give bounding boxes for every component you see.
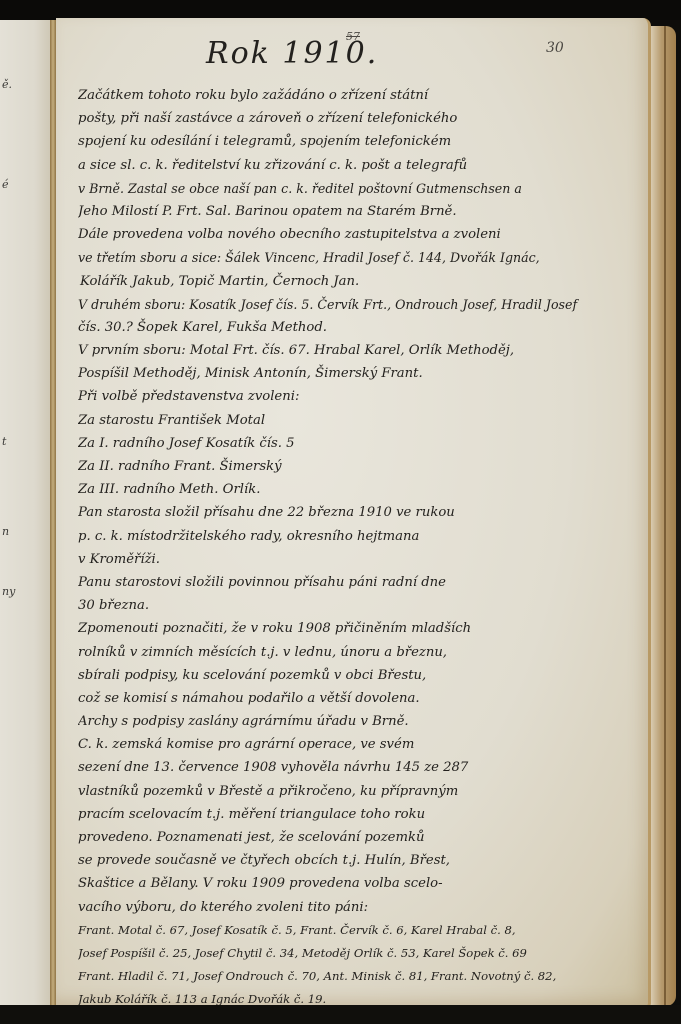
text-line: pošty, při naší zastávce a zároveň o zří… bbox=[78, 107, 638, 130]
background-top bbox=[0, 0, 681, 20]
text-line: Začátkem tohoto roku bylo zažádáno o zří… bbox=[78, 84, 638, 107]
text-line: p. c. k. místodržitelského rady, okresní… bbox=[78, 525, 638, 548]
left-page-fragment: é bbox=[2, 178, 9, 191]
text-line: se provede současně ve čtyřech obcích t.… bbox=[78, 849, 638, 872]
background-bottom bbox=[0, 1005, 681, 1024]
text-line: čís. 30.? Šopek Karel, Fukša Method. bbox=[78, 316, 638, 339]
page-heading: Rok 1910. bbox=[206, 36, 378, 71]
text-line: rolníků v zimních měsících t.j. v lednu,… bbox=[78, 641, 638, 664]
text-line: Kolářík Jakub, Topič Martin, Černoch Jan… bbox=[78, 270, 638, 293]
text-line: Za II. radního Frant. Šimerský bbox=[78, 455, 638, 478]
text-line: Za III. radního Meth. Orlík. bbox=[78, 478, 638, 501]
text-line: ve třetím sboru a sice: Šálek Vincenc, H… bbox=[78, 246, 638, 269]
text-line: 30 března. bbox=[78, 594, 638, 617]
text-line: Josef Pospíšil č. 25, Josef Chytil č. 34… bbox=[78, 942, 638, 965]
left-page-fragment: ě. bbox=[2, 78, 12, 91]
text-line: Pan starosta složil přísahu dne 22 březn… bbox=[78, 501, 638, 524]
text-line: což se komisí s námahou podařilo a větší… bbox=[78, 687, 638, 710]
handwritten-text: Začátkem tohoto roku bylo zažádáno o zří… bbox=[78, 84, 638, 1012]
book-photo: ě. é t n ny 57 30 Rok 1910. Začátkem toh… bbox=[0, 0, 681, 1024]
left-facing-page: ě. é t n ny bbox=[0, 20, 52, 1010]
text-line: Frant. Hladil č. 71, Josef Ondrouch č. 7… bbox=[78, 965, 638, 988]
text-line: vlastníků pozemků v Břestě a přikročeno,… bbox=[78, 780, 638, 803]
left-page-fragment: t bbox=[2, 435, 6, 448]
text-line: C. k. zemská komise pro agrární operace,… bbox=[78, 733, 638, 756]
text-line: Pospíšil Methoděj, Minisk Antonín, Šimer… bbox=[78, 362, 638, 385]
text-line: Za starostu František Motal bbox=[78, 409, 638, 432]
left-page-fragment: ny bbox=[2, 585, 15, 598]
text-line: Frant. Motal č. 67, Josef Kosatík č. 5, … bbox=[78, 919, 638, 942]
text-line: sezení dne 13. července 1908 vyhověla ná… bbox=[78, 756, 638, 779]
text-line: spojení ku odesílání i telegramů, spojen… bbox=[78, 130, 638, 153]
text-line: v Kroměříži. bbox=[78, 548, 638, 571]
text-line: Dále provedena volba nového obecního zas… bbox=[78, 223, 638, 246]
text-line: Při volbě představenstva zvoleni: bbox=[78, 385, 638, 408]
text-line: v Brně. Zastal se obce naší pan c. k. ře… bbox=[78, 177, 638, 200]
text-line: pracím scelovacím t.j. měření triangulac… bbox=[78, 803, 638, 826]
text-line: Za I. radního Josef Kosatík čís. 5 bbox=[78, 432, 638, 455]
manuscript-page: 57 30 Rok 1910. Začátkem tohoto roku byl… bbox=[56, 18, 651, 1009]
text-line: V prvním sboru: Motal Frt. čís. 67. Hrab… bbox=[78, 339, 638, 362]
text-line: a sice sl. c. k. ředitelství ku zřizován… bbox=[78, 154, 638, 177]
text-line: Zpomenouti poznačiti, že v roku 1908 při… bbox=[78, 617, 638, 640]
text-line: sbírali podpisy, ku scelování pozemků v … bbox=[78, 664, 638, 687]
text-line: Archy s podpisy zaslány agrárnímu úřadu … bbox=[78, 710, 638, 733]
text-line: Jeho Milostí P. Frt. Sal. Barinou opatem… bbox=[78, 200, 638, 223]
text-line: vacího výboru, do kterého zvoleni tito p… bbox=[78, 896, 638, 919]
text-line: Panu starostovi složili povinnou přísahu… bbox=[78, 571, 638, 594]
text-line: provedeno. Poznamenati jest, že scelován… bbox=[78, 826, 638, 849]
text-line: Skaštice a Bělany. V roku 1909 provedena… bbox=[78, 872, 638, 895]
left-page-fragment: n bbox=[2, 525, 9, 538]
text-line: V druhém sboru: Kosatík Josef čís. 5. Če… bbox=[78, 293, 638, 316]
folio-number-right: 30 bbox=[546, 40, 564, 56]
